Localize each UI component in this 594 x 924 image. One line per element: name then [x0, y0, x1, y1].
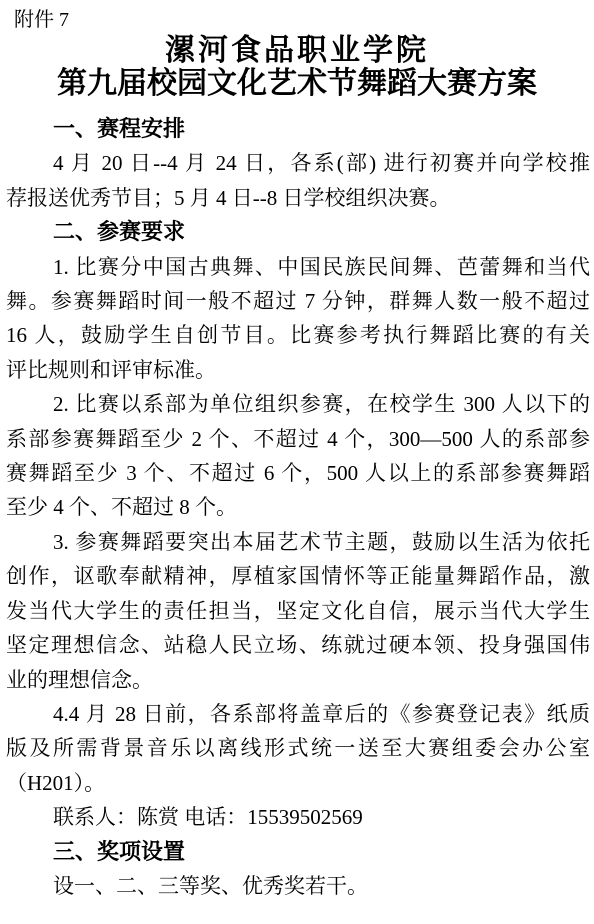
section-heading-3: 三、奖项设置 [6, 835, 590, 869]
body-line: 发当代大学生的责任担当，坚定文化自信，展示当代大学生 [6, 594, 590, 628]
body-line: 业的理想信念。 [6, 663, 590, 697]
body-line: 1. 比赛分中国古典舞、中国民族民间舞、芭蕾舞和当代 [6, 250, 590, 284]
body-line: 版及所需背景音乐以离线形式统一送至大赛组委会办公室 [6, 731, 590, 765]
body-line: 赛舞蹈至少 3 个、不超过 6 个，500 人以上的系部参赛舞蹈 [6, 456, 590, 490]
body-line: 3. 参赛舞蹈要突出本届艺术节主题，鼓励以生活为依托 [6, 525, 590, 559]
body-line: （H201）。 [6, 766, 590, 800]
body-line: 16 人，鼓励学生自创节目。比赛参考执行舞蹈比赛的有关 [6, 318, 590, 352]
body-line: 坚定理想信念、站稳人民立场、练就过硬本领、投身强国伟 [6, 628, 590, 662]
body-line: 2. 比赛以系部为单位组织参赛，在校学生 300 人以下的 [6, 387, 590, 421]
body-line: 评比规则和评审标准。 [6, 353, 590, 387]
body-line: 创作，讴歌奉献精神，厚植家国情怀等正能量舞蹈作品，激 [6, 559, 590, 593]
attachment-label: 附件 7 [14, 6, 594, 34]
body-line: 4.4 月 28 日前，各系部将盖章后的《参赛登记表》纸质 [6, 697, 590, 731]
body-line: 舞。参赛舞蹈时间一般不超过 7 分钟，群舞人数一般不超过 [6, 284, 590, 318]
document-page: 附件 7 漯河食品职业学院 第九届校园文化艺术节舞蹈大赛方案 一、赛程安排 4 … [0, 0, 594, 924]
section-heading-2: 二、参赛要求 [6, 215, 590, 249]
contact-line: 联系人：陈赏 电话：15539502569 [6, 800, 590, 834]
document-title-line1: 漯河食品职业学院 [0, 34, 594, 67]
body-line: 4 月 20 日--4 月 24 日，各系(部) 进行初赛并向学校推 [6, 146, 590, 180]
body-line: 荐报送优秀节目；5 月 4 日--8 日学校组织决赛。 [6, 181, 590, 215]
section-heading-1: 一、赛程安排 [6, 112, 590, 146]
body-line: 设一、二、三等奖、优秀奖若干。 [6, 869, 590, 903]
document-title-line2: 第九届校园文化艺术节舞蹈大赛方案 [0, 67, 594, 100]
body-line: 系部参赛舞蹈至少 2 个、不超过 4 个，300—500 人的系部参 [6, 422, 590, 456]
document-body: 一、赛程安排 4 月 20 日--4 月 24 日，各系(部) 进行初赛并向学校… [6, 112, 590, 903]
body-line: 至少 4 个、不超过 8 个。 [6, 490, 590, 524]
